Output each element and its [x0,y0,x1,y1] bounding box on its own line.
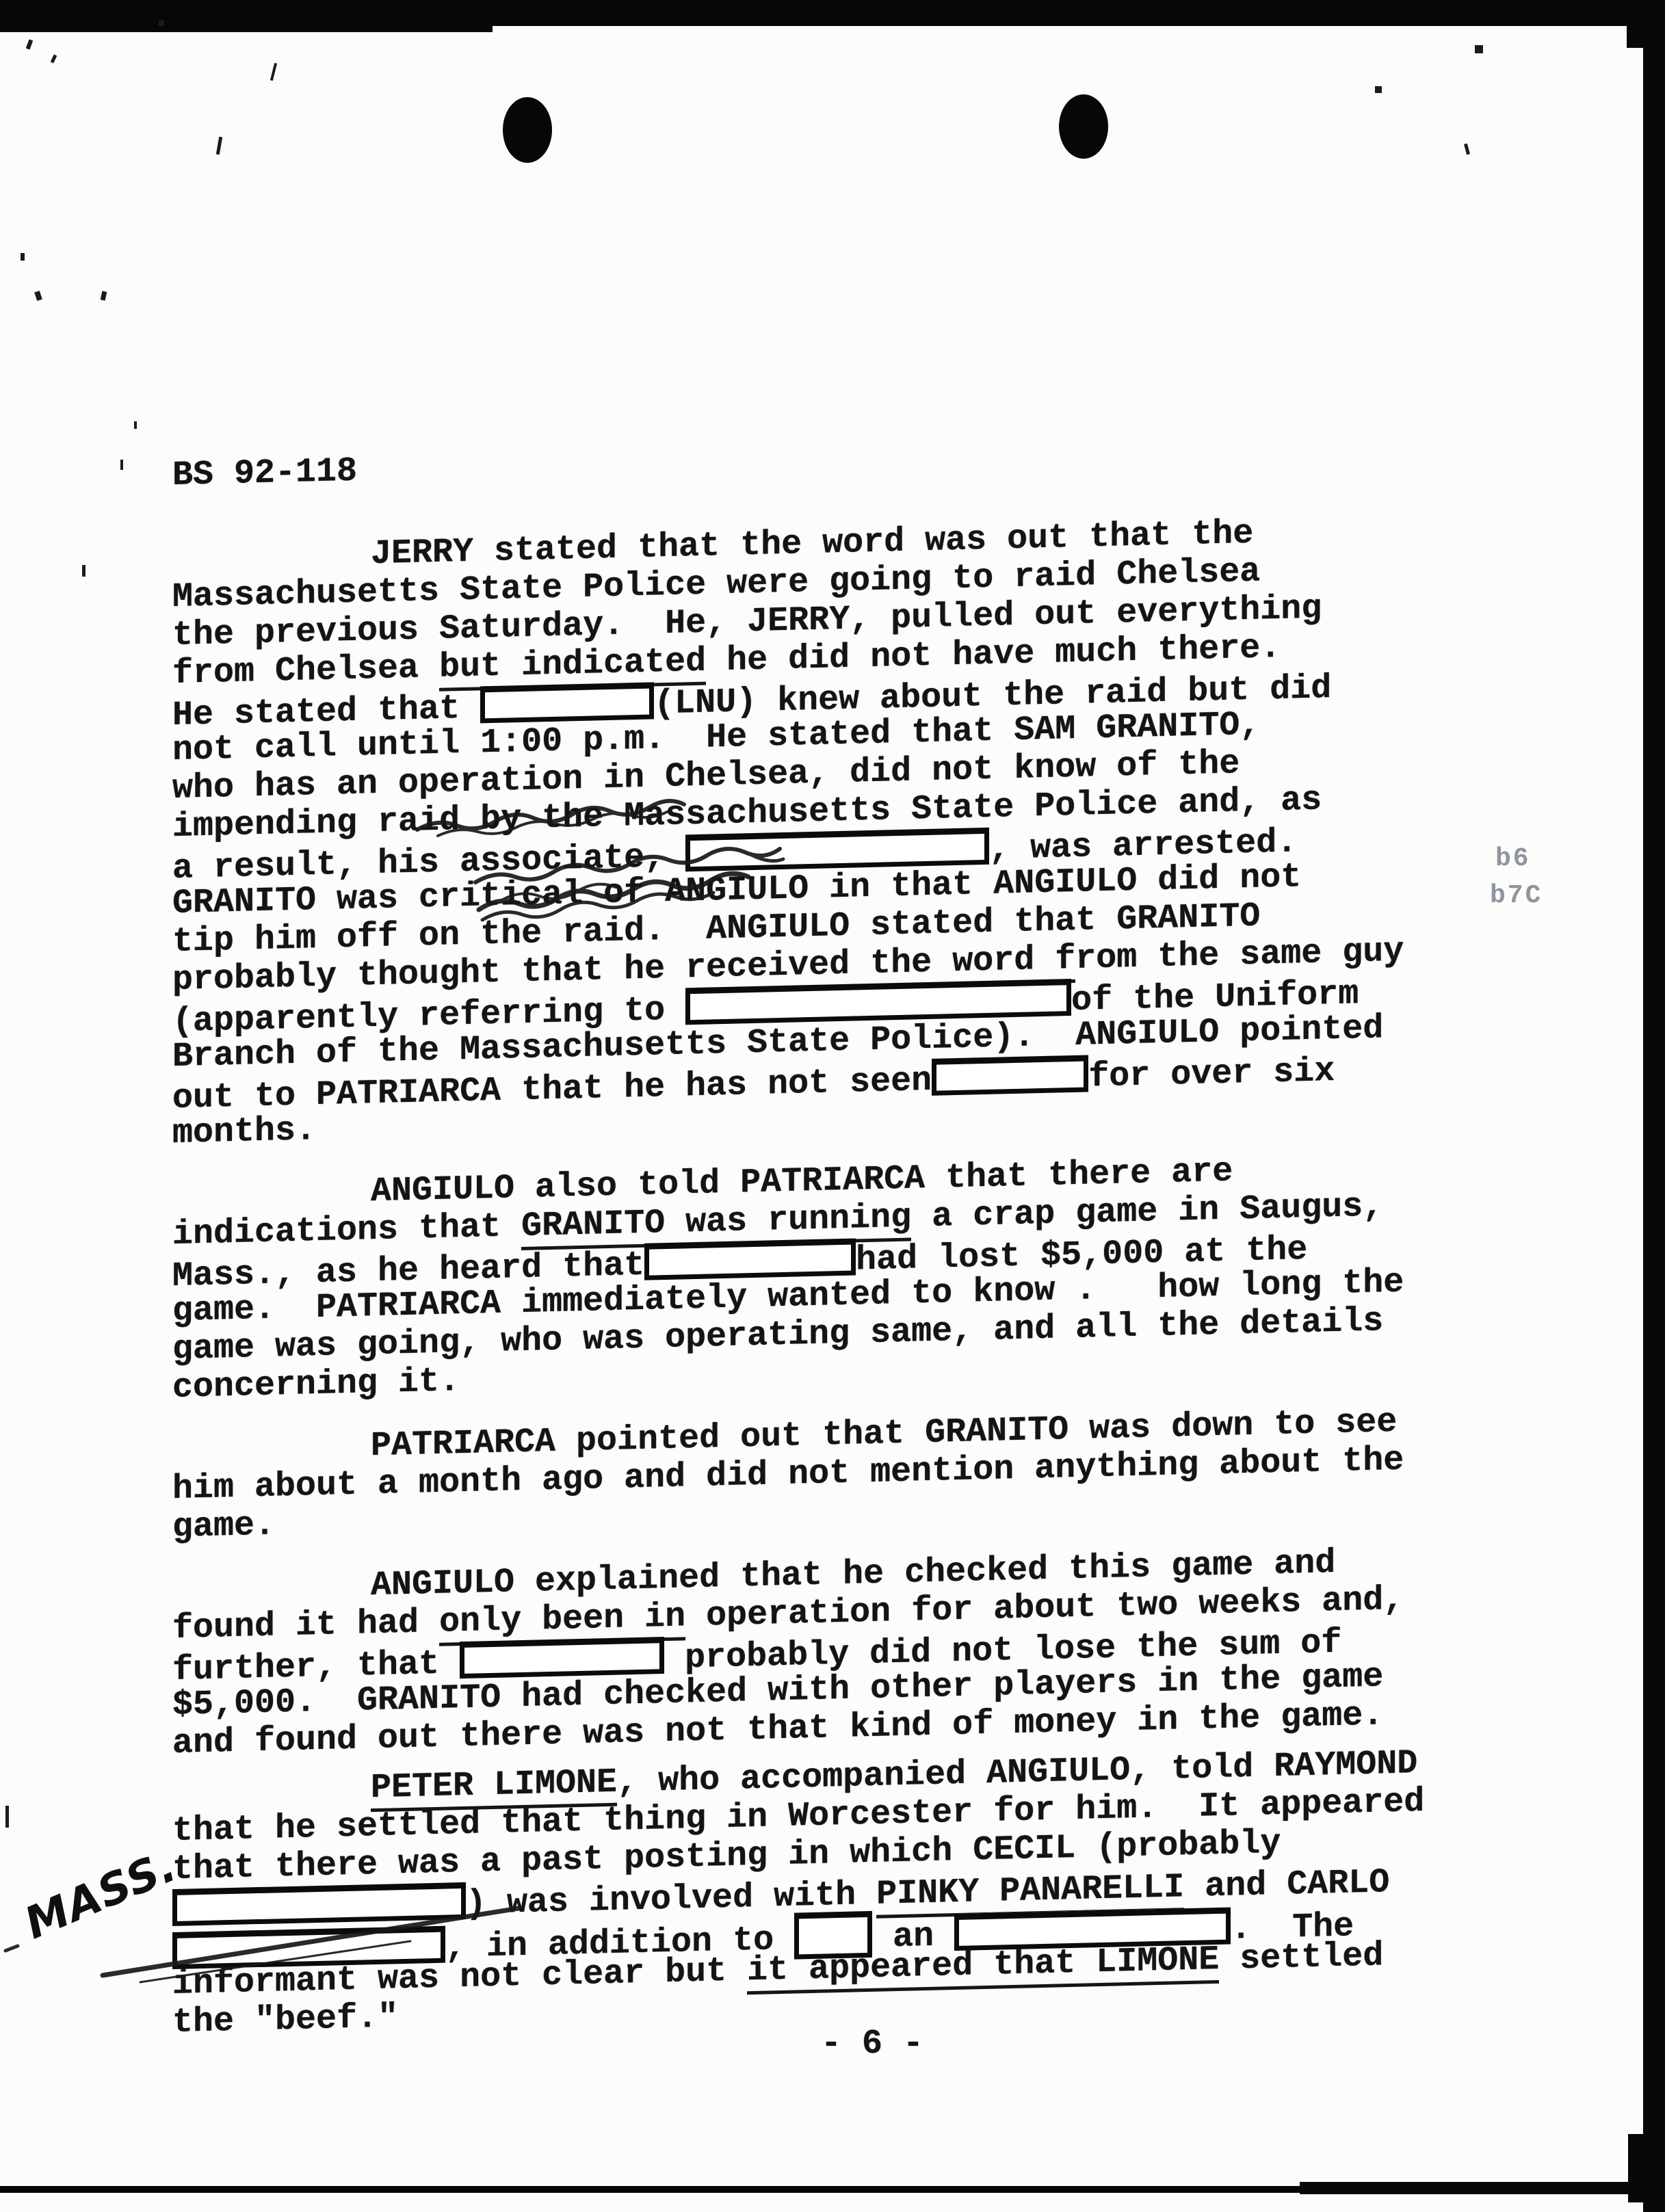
exemption-code-b6: b6 [1495,844,1531,873]
paragraph: PATRIARCA pointed out that GRANITO was d… [172,1400,1527,1547]
redaction-box [480,682,654,723]
paragraph: JERRY stated that the word was out that … [172,508,1527,1153]
text-segment: game. [172,1505,275,1547]
text-segment: found it had [172,1603,439,1648]
text-segment: for over six [1088,1052,1335,1096]
text-segment: the "beef." [172,1998,398,2042]
speckle [1464,144,1470,155]
file-number: BS 92-118 [172,425,1527,495]
redaction-box [685,828,989,871]
hole-punch-left [503,97,552,163]
speckle [51,55,57,64]
speckle [82,565,86,577]
scan-edge-top [0,0,1665,26]
speckle [1375,86,1382,93]
scan-edge-top-thick [0,26,493,32]
paragraph: ANGIULO explained that he checked this g… [172,1540,1527,1763]
exemption-code-b7c: b7C [1490,881,1543,910]
scan-edge-right [1643,0,1665,2212]
speckle [21,253,25,261]
redaction-box [172,1882,466,1926]
speckle [5,1806,9,1828]
handwritten-note: MASS. [18,1841,184,1949]
paragraph: PETER LIMONE, who accompanied ANGIULO, t… [172,1742,1527,2042]
redaction-box [644,1238,856,1280]
typed-text-block: BS 92-118 JERRY stated that the word was… [172,425,1527,2067]
text-segment: concerning it. [172,1362,460,1408]
speckle [34,291,42,301]
speckle [120,460,123,470]
speckle [101,291,107,300]
redaction-box [932,1055,1088,1095]
pen-line [5,1946,18,1951]
text-segment: settled [1219,1936,1383,1979]
text-segment: and CARLO [1184,1863,1389,1907]
document-body: JERRY stated that the word was out that … [172,508,1527,2042]
text-segment: from Chelsea [172,648,439,694]
paragraph: ANGIULO also told PATRIARCA that there a… [172,1146,1527,1408]
speckle [216,137,222,155]
speckle [26,39,33,49]
speckle [1475,45,1483,53]
scan-edge-bottom-thick [1300,2182,1665,2194]
speckle [134,421,137,429]
page-number: - 6 - [821,2025,923,2064]
scan-edge-corner-tr [1627,0,1665,48]
scanned-document-page: BS 92-118 JERRY stated that the word was… [0,0,1665,2212]
hole-punch-right [1059,94,1108,159]
text-segment: months. [172,1111,316,1153]
speckle [159,21,164,26]
redaction-box [460,1637,664,1678]
speckle [270,63,277,81]
